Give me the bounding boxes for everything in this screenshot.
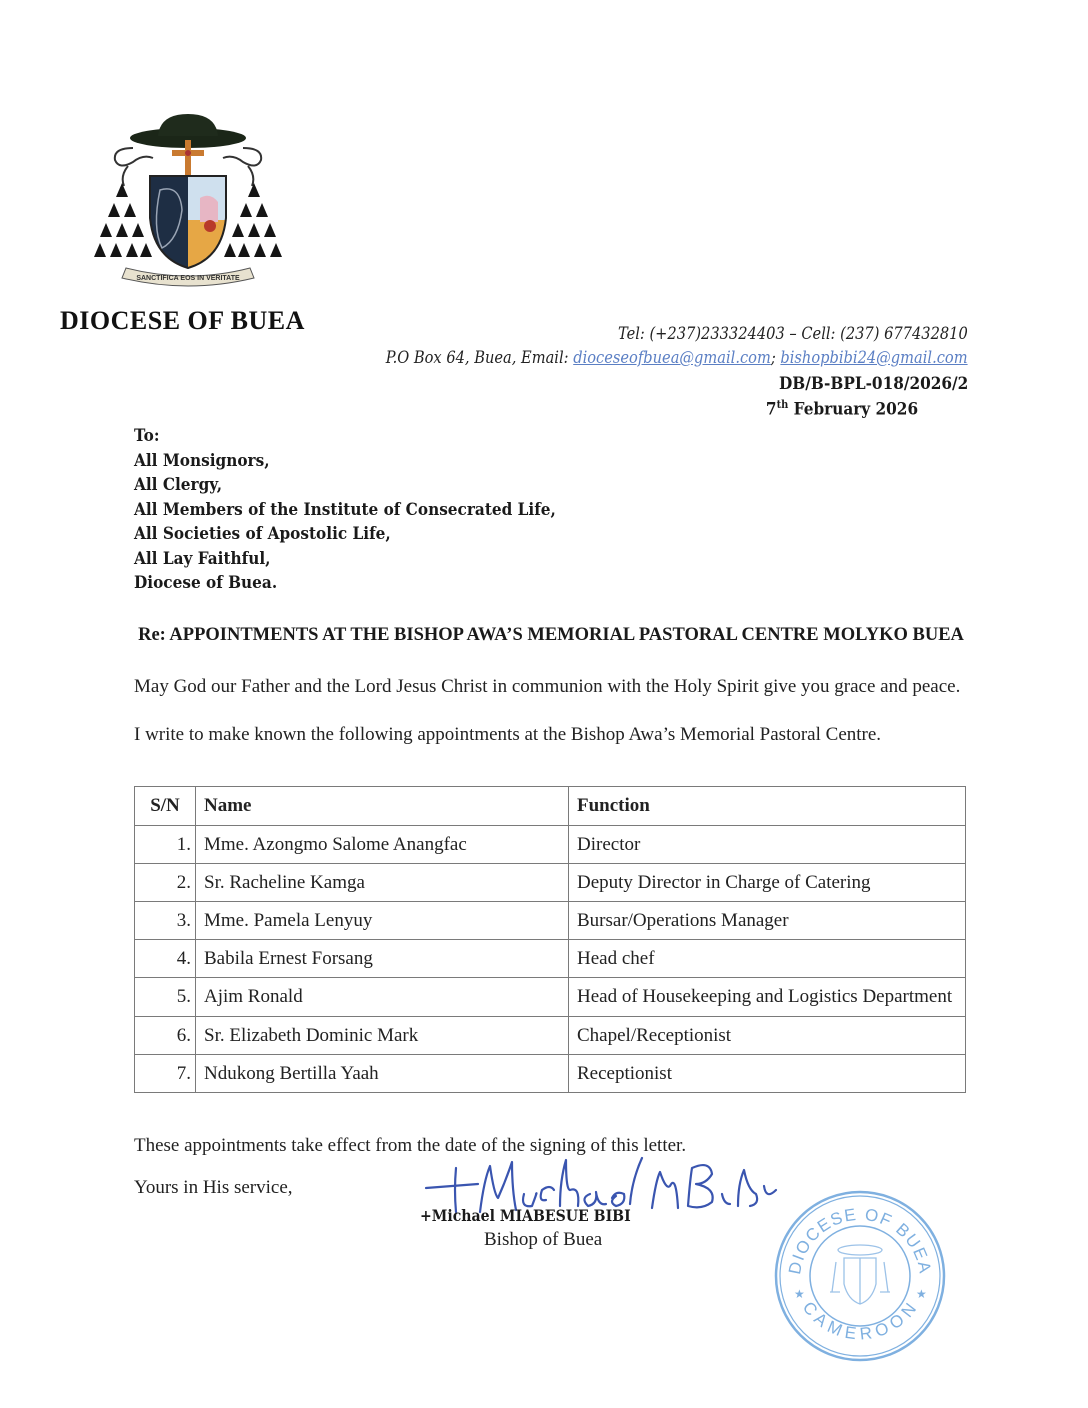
cell-sn: 3. — [135, 902, 196, 940]
contact-phone: Tel: (+237)233324403 – Cell: (237) 67743… — [618, 324, 968, 344]
cell-function: Head chef — [569, 940, 966, 978]
stamp-bottom-text: CAMEROON — [799, 1298, 922, 1344]
contact-address: P.O Box 64, Buea, Email: dioceseofbuea@g… — [386, 348, 968, 368]
svg-text:CAMEROON: CAMEROON — [799, 1298, 922, 1344]
recipient-line: All Clergy, — [134, 473, 556, 498]
column-header-name: Name — [196, 787, 569, 826]
table-header-row: S/N Name Function — [135, 787, 966, 826]
table-row: 5. Ajim Ronald Head of Housekeeping and … — [135, 978, 966, 1017]
cell-name: Sr. Racheline Kamga — [196, 864, 569, 902]
recipient-line: All Lay Faithful, — [134, 547, 556, 572]
column-header-function: Function — [569, 787, 966, 826]
recipient-line: All Monsignors, — [134, 449, 556, 474]
cell-name: Sr. Elizabeth Dominic Mark — [196, 1017, 569, 1055]
cell-name: Mme. Azongmo Salome Anangfac — [196, 826, 569, 864]
table-row: 2. Sr. Racheline Kamga Deputy Director i… — [135, 864, 966, 902]
table-row: 4. Babila Ernest Forsang Head chef — [135, 940, 966, 978]
table-row: 3. Mme. Pamela Lenyuy Bursar/Operations … — [135, 902, 966, 940]
recipients-label: To: — [134, 424, 556, 449]
cell-name: Ndukong Bertilla Yaah — [196, 1055, 569, 1093]
cell-sn: 5. — [135, 978, 196, 1017]
star-icon: ★ — [916, 1287, 927, 1301]
email-link-bishop[interactable]: bishopbibi24@gmail.com — [781, 348, 968, 368]
intro-paragraph: I write to make known the following appo… — [134, 723, 968, 747]
address-prefix: P.O Box 64, Buea, Email: — [386, 348, 573, 368]
date-suffix: th — [776, 398, 788, 411]
recipient-line: Diocese of Buea. — [134, 571, 556, 596]
organization-name: DIOCESE OF BUEA — [60, 306, 305, 336]
appointments-table: S/N Name Function 1. Mme. Azongmo Salome… — [134, 786, 966, 1093]
recipient-line: All Societies of Apostolic Life, — [134, 522, 556, 547]
column-header-sn: S/N — [135, 787, 196, 826]
table-row: 6. Sr. Elizabeth Dominic Mark Chapel/Rec… — [135, 1017, 966, 1055]
cell-name: Babila Ernest Forsang — [196, 940, 569, 978]
cell-sn: 2. — [135, 864, 196, 902]
cell-function: Bursar/Operations Manager — [569, 902, 966, 940]
signatory-title: Bishop of Buea — [484, 1228, 602, 1252]
greeting-paragraph: May God our Father and the Lord Jesus Ch… — [134, 675, 968, 699]
cell-sn: 6. — [135, 1017, 196, 1055]
cell-function: Deputy Director in Charge of Catering — [569, 864, 966, 902]
recipient-line: All Members of the Institute of Consecra… — [134, 498, 556, 523]
cell-function: Director — [569, 826, 966, 864]
subject-line: Re: APPOINTMENTS AT THE BISHOP AWA’S MEM… — [134, 622, 968, 649]
table-row: 1. Mme. Azongmo Salome Anangfac Director — [135, 826, 966, 864]
email-link-diocese[interactable]: dioceseofbuea@gmail.com — [574, 348, 772, 368]
date-month-year: February 2026 — [788, 400, 918, 420]
cell-sn: 4. — [135, 940, 196, 978]
signatory-name: +Michael MIABESUE BIBI — [420, 1206, 631, 1225]
crest-motto: SANCTIFICA EOS IN VERITATE — [136, 275, 240, 282]
diocese-crest-logo: SANCTIFICA EOS IN VERITATE — [88, 108, 288, 293]
letter-date: 7th February 2026 — [766, 398, 918, 420]
email-separator: ; — [771, 348, 781, 368]
cell-function: Receptionist — [569, 1055, 966, 1093]
table-row: 7. Ndukong Bertilla Yaah Receptionist — [135, 1055, 966, 1093]
cell-name: Mme. Pamela Lenyuy — [196, 902, 569, 940]
cell-function: Head of Housekeeping and Logistics Depar… — [569, 978, 966, 1017]
cell-function: Chapel/Receptionist — [569, 1017, 966, 1055]
valediction: Yours in His service, — [134, 1176, 293, 1200]
date-day: 7 — [766, 400, 777, 420]
cell-sn: 1. — [135, 826, 196, 864]
cell-name: Ajim Ronald — [196, 978, 569, 1017]
star-icon: ★ — [794, 1287, 805, 1301]
recipients-block: To: All Monsignors, All Clergy, All Memb… — [134, 424, 556, 596]
official-stamp: DIOCESE OF BUEA CAMEROON ★ ★ — [772, 1188, 948, 1364]
reference-number: DB/B-BPL-018/2026/2 — [779, 374, 968, 394]
cell-sn: 7. — [135, 1055, 196, 1093]
